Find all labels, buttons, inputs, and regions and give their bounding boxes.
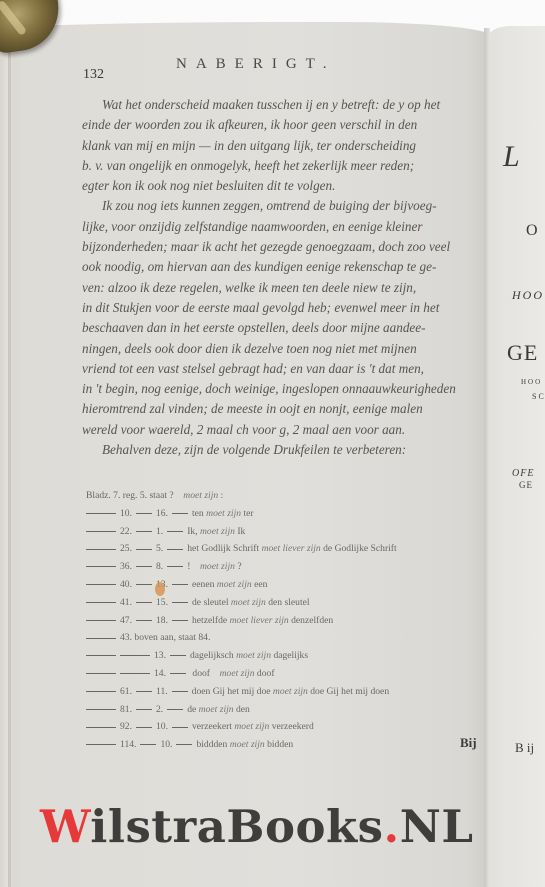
text-line: beschaaven dan in het eerste opstellen, … xyxy=(82,318,482,338)
text-line: einde der woorden zou ik afkeuren, ik ho… xyxy=(82,115,482,135)
errata-row: 13.dagelijksch moet zijn dagelijks xyxy=(86,648,486,666)
text-line: hieromtrend zal vinden; de meeste in ooj… xyxy=(82,399,482,419)
errata-row: 81.2.de moet zijn den xyxy=(86,702,486,720)
text-line: Behalven deze, zijn de volgende Drukfeil… xyxy=(82,440,482,460)
right-page-fragment: O xyxy=(526,222,538,240)
text-line: in 't begin, nog eenige, doch weinige, i… xyxy=(82,379,482,399)
text-line: ook noodig, om hiervan aan des kundigen … xyxy=(82,257,482,277)
watermark-name: ilstraBooks xyxy=(90,800,383,853)
body-text: Wat het onderscheid maaken tusschen ij e… xyxy=(82,95,482,460)
errata-row: 47.18.hetzelfde moet liever zijn denzelf… xyxy=(86,613,486,631)
right-page-fragment: GE xyxy=(519,480,533,490)
errata-row: 41.15.de sleutel moet zijn den sleutel xyxy=(86,595,486,613)
errata-row: 25.5.het Godlijk Schrift moet liever zij… xyxy=(86,541,486,559)
text-line: Ik zou nog iets kunnen zeggen, omtrend d… xyxy=(82,196,482,216)
right-page-fragment: L xyxy=(503,140,520,174)
foxing-stain xyxy=(155,582,165,596)
errata-row: 36.8.! moet zijn ? xyxy=(86,559,486,577)
errata-row: 43. boven aan, staat 84. xyxy=(86,630,486,648)
text-line: b. v. van ongelijk en onmogelyk, heeft h… xyxy=(82,156,482,176)
errata-row: 14. doof moet zijn doof xyxy=(86,666,486,684)
right-page-fragment: HOO xyxy=(512,288,544,303)
right-page-fragment: OFE xyxy=(512,468,534,479)
watermark-dot: . xyxy=(384,800,400,853)
text-line: ven: alzoo ik deze regelen, welke ik mee… xyxy=(82,278,482,298)
watermark-logo: WilstraBooks.NL xyxy=(40,800,473,853)
text-line: egter kon ik ook nog niet besluiten dit … xyxy=(82,176,482,196)
errata-row: 114.10.biddden moet zijn bidden xyxy=(86,737,486,755)
right-page-fragment: B ij xyxy=(515,740,534,756)
text-line: vriend tot een vast stelsel gebragt had;… xyxy=(82,359,482,379)
text-line: Wat het onderscheid maaken tusschen ij e… xyxy=(82,95,482,115)
errata-row: 92.10.verzeekert moet zijn verzeekerd xyxy=(86,719,486,737)
right-page-fragment: HOO xyxy=(521,378,542,386)
page-edge xyxy=(8,40,11,887)
text-line: klank van mij en mijn — in den uitgang l… xyxy=(82,136,482,156)
text-line: ningen, deels ook door dien ik dezelve t… xyxy=(82,339,482,359)
text-line: bijzonderheden; maar ik acht het gezegde… xyxy=(82,237,482,257)
clip-shine xyxy=(0,0,27,36)
errata-row: 10.16.ten moet zijn ter xyxy=(86,506,486,524)
errata-row: 61.11.doen Gij het mij doe moet zijn doe… xyxy=(86,684,486,702)
text-line: wereld voor waereld, 2 maal ch voor g, 2… xyxy=(82,420,482,440)
errata-list: Bladz. 7. reg. 5. staat ? moet zijn : 10… xyxy=(86,488,486,755)
page-number: 132 xyxy=(83,67,104,83)
watermark-initial: W xyxy=(40,800,90,853)
watermark-suffix: NL xyxy=(400,800,474,853)
errata-row: Bladz. 7. reg. 5. staat ? moet zijn : xyxy=(86,488,486,506)
text-line: in dit Stukjen voor de eerste maal gevol… xyxy=(82,298,482,318)
errata-row: 22.1.Ik, moet zijn Ik xyxy=(86,524,486,542)
text-line: lijke, voor onzijdig zelfstandige naamwo… xyxy=(82,217,482,237)
running-head: NABERIGT. xyxy=(176,56,335,73)
errata-row: 40.13.eenen moet zijn een xyxy=(86,577,486,595)
catchword: Bij xyxy=(460,735,477,751)
right-page-fragment: SC xyxy=(532,392,545,401)
right-page-fragment: GE xyxy=(507,340,538,366)
